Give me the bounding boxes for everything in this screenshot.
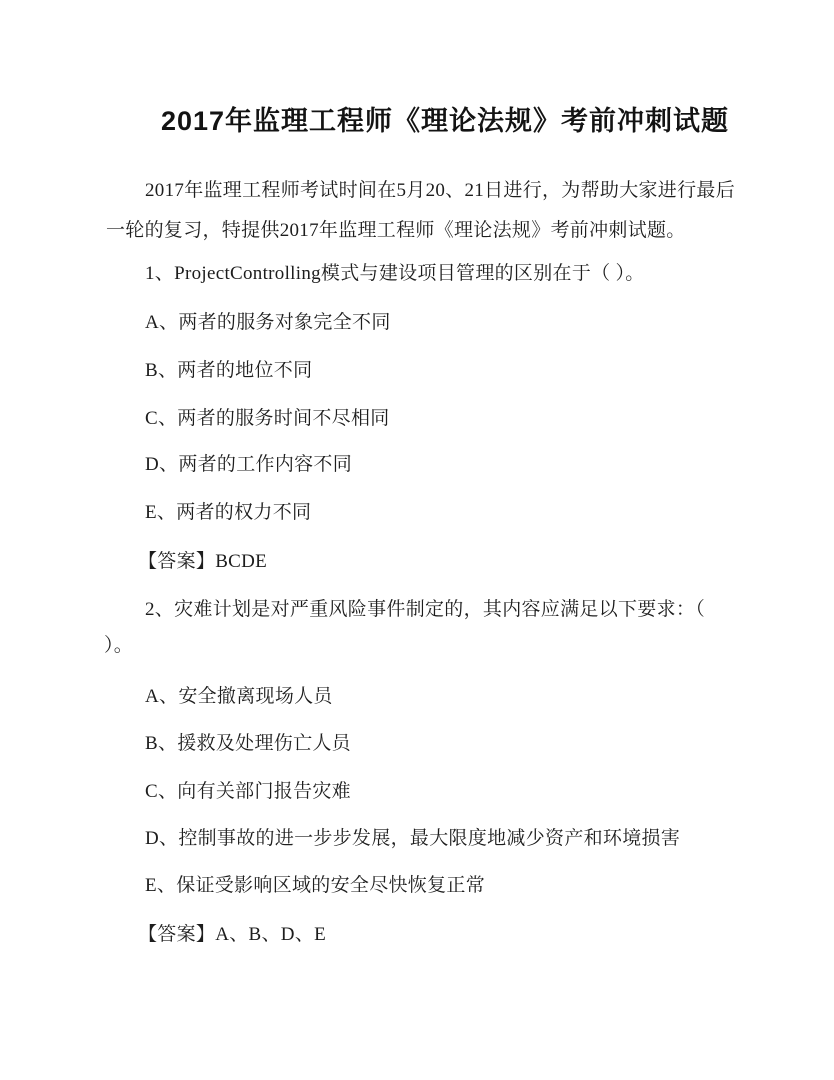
- intro-line: 2017年监理工程师考试时间在5月20、21日进行，为帮助大家进行最后: [145, 178, 735, 204]
- intro-line: 一轮的复习，特提供2017年监理工程师《理论法规》考前冲刺试题。: [106, 218, 686, 244]
- question-2-option-c: C、向有关部门报告灾难: [145, 779, 351, 805]
- document-title: 2017年监理工程师《理论法规》考前冲刺试题: [28, 104, 834, 138]
- question-1-option-b: B、两者的地位不同: [145, 358, 312, 384]
- question-2-option-e: E、保证受影响区域的安全尽快恢复正常: [145, 873, 485, 899]
- question-1-option-a: A、两者的服务对象完全不同: [145, 310, 391, 336]
- question-1-stem: 1、ProjectControlling模式与建设项目管理的区别在于（ ）。: [145, 261, 645, 287]
- question-2-option-a: A、安全撤离现场人员: [145, 684, 333, 710]
- question-1-option-e: E、两者的权力不同: [145, 500, 311, 526]
- exam-document-page: 2017年监理工程师《理论法规》考前冲刺试题 2017年监理工程师考试时间在5月…: [0, 0, 834, 1080]
- question-2-option-d: D、控制事故的进一步步发展，最大限度地减少资产和环境损害: [145, 826, 680, 852]
- question-1-option-c: C、两者的服务时间不尽相同: [145, 406, 390, 432]
- question-2-stem: 2、灾难计划是对严重风险事件制定的，其内容应满足以下要求：（: [145, 597, 705, 623]
- question-2-stem-wrap: ）。: [104, 633, 133, 659]
- question-2-option-b: B、援救及处理伤亡人员: [145, 731, 351, 757]
- question-1-answer: 【答案】BCDE: [138, 549, 267, 575]
- question-1-option-d: D、两者的工作内容不同: [145, 452, 352, 478]
- question-2-answer: 【答案】A、B、D、E: [138, 922, 326, 948]
